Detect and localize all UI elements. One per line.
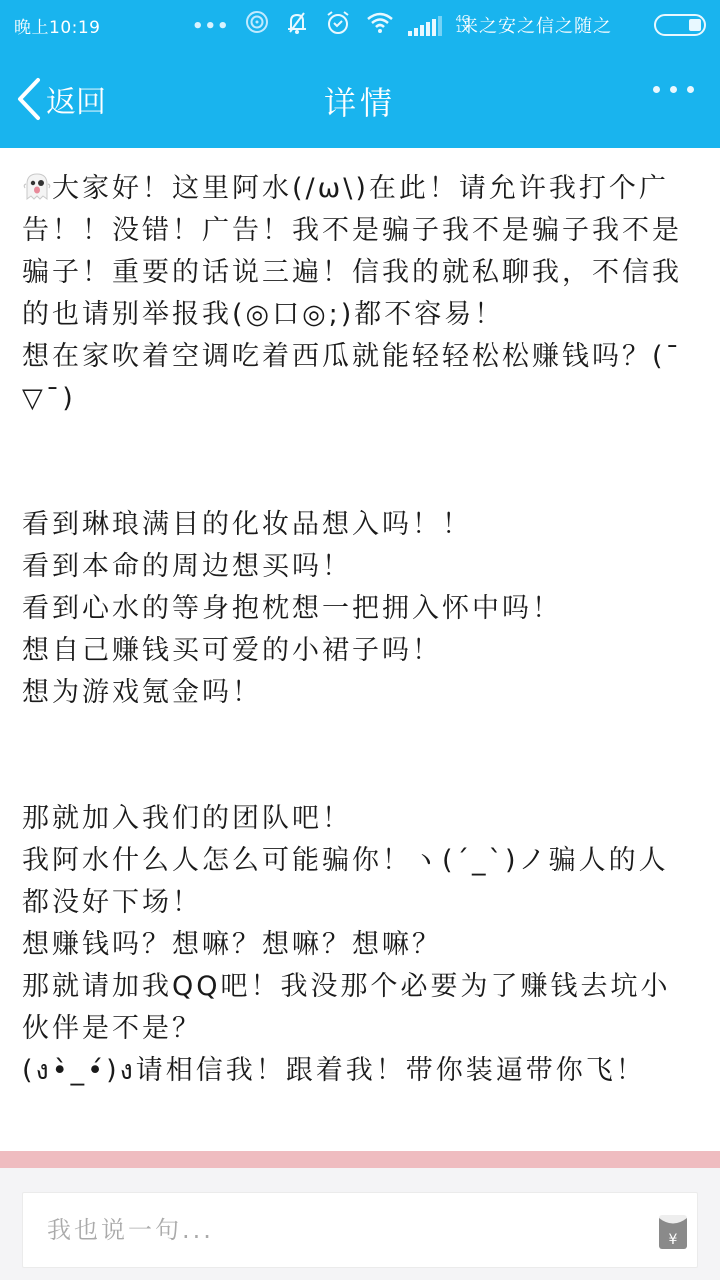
post-line: 那就请加我QQ吧！我没那个必要为了赚钱去坑小伙伴是不是？	[22, 966, 698, 1050]
more-horizontal-icon	[653, 86, 660, 93]
more-dot	[670, 86, 677, 93]
post-line: 看到琳琅满目的化妆品想入吗！！	[22, 504, 698, 546]
more-options-button[interactable]	[653, 86, 694, 93]
page-title: 详情	[0, 78, 720, 124]
post-paragraph-question: 想在家吹着空调吃着西瓜就能轻轻松松赚钱吗？(¯▽¯)	[22, 336, 698, 420]
hotspot-icon	[244, 10, 270, 41]
status-icons: ••• 4G 1X	[192, 10, 470, 40]
spacer	[22, 714, 698, 798]
divider-bar	[0, 1151, 720, 1168]
ghost-emoji-icon	[22, 171, 52, 201]
alarm-icon	[324, 9, 352, 42]
post-paragraph-intro: 大家好！这里阿水(/ω\)在此！请允许我打个广告！！没错！广告！我不是骗子我不是…	[22, 168, 698, 336]
post-line: 看到心水的等身抱枕想一把拥入怀中吗！	[22, 588, 698, 630]
post-paragraph-join: 那就加入我们的团队吧！ 我阿水什么人怎么可能骗你！ヽ(ˊ_ˋ)ノ骗人的人都没好下…	[22, 798, 698, 1092]
wifi-icon	[366, 11, 394, 40]
carrier-label: 来之安之信之随之	[460, 12, 612, 38]
post-line: 想为游戏氪金吗！	[22, 672, 698, 714]
post-line: 想自己赚钱买可爱的小裙子吗！	[22, 630, 698, 672]
signal-icon	[408, 14, 442, 36]
post-content: 大家好！这里阿水(/ω\)在此！请允许我打个广告！！没错！广告！我不是骗子我不是…	[0, 148, 720, 1151]
post-line: 看到本命的周边想买吗！	[22, 546, 698, 588]
spacer	[22, 420, 698, 504]
post-line: 我阿水什么人怎么可能骗你！ヽ(ˊ_ˋ)ノ骗人的人都没好下场！	[22, 840, 698, 924]
status-bar: 晚上10:19 ••• 4G 1X 来之安之信之随之	[0, 0, 720, 50]
post-line: 想赚钱吗？想嘛？想嘛？想嘛？	[22, 924, 698, 966]
comment-bar: ¥	[0, 1168, 720, 1280]
post-line: 那就加入我们的团队吧！	[22, 798, 698, 840]
app-header: 返回 详情	[0, 50, 720, 148]
post-line: (ง•̀_•́)ง请相信我！跟着我！带你装逼带你飞！	[22, 1050, 698, 1092]
bell-muted-icon	[284, 10, 310, 41]
red-packet-icon[interactable]: ¥	[659, 1215, 687, 1249]
more-dot	[687, 86, 694, 93]
battery-icon	[654, 14, 706, 36]
paragraph-text: 大家好！这里阿水(/ω\)在此！请允许我打个广告！！没错！广告！我不是骗子我不是…	[22, 173, 682, 330]
status-time: 晚上10:19	[14, 13, 101, 38]
post-paragraph-wants: 看到琳琅满目的化妆品想入吗！！ 看到本命的周边想买吗！ 看到心水的等身抱枕想一把…	[22, 504, 698, 714]
comment-input[interactable]	[47, 1193, 627, 1267]
more-dots-icon: •••	[192, 18, 230, 36]
svg-text:¥: ¥	[669, 1232, 678, 1248]
comment-box: ¥	[22, 1192, 698, 1268]
